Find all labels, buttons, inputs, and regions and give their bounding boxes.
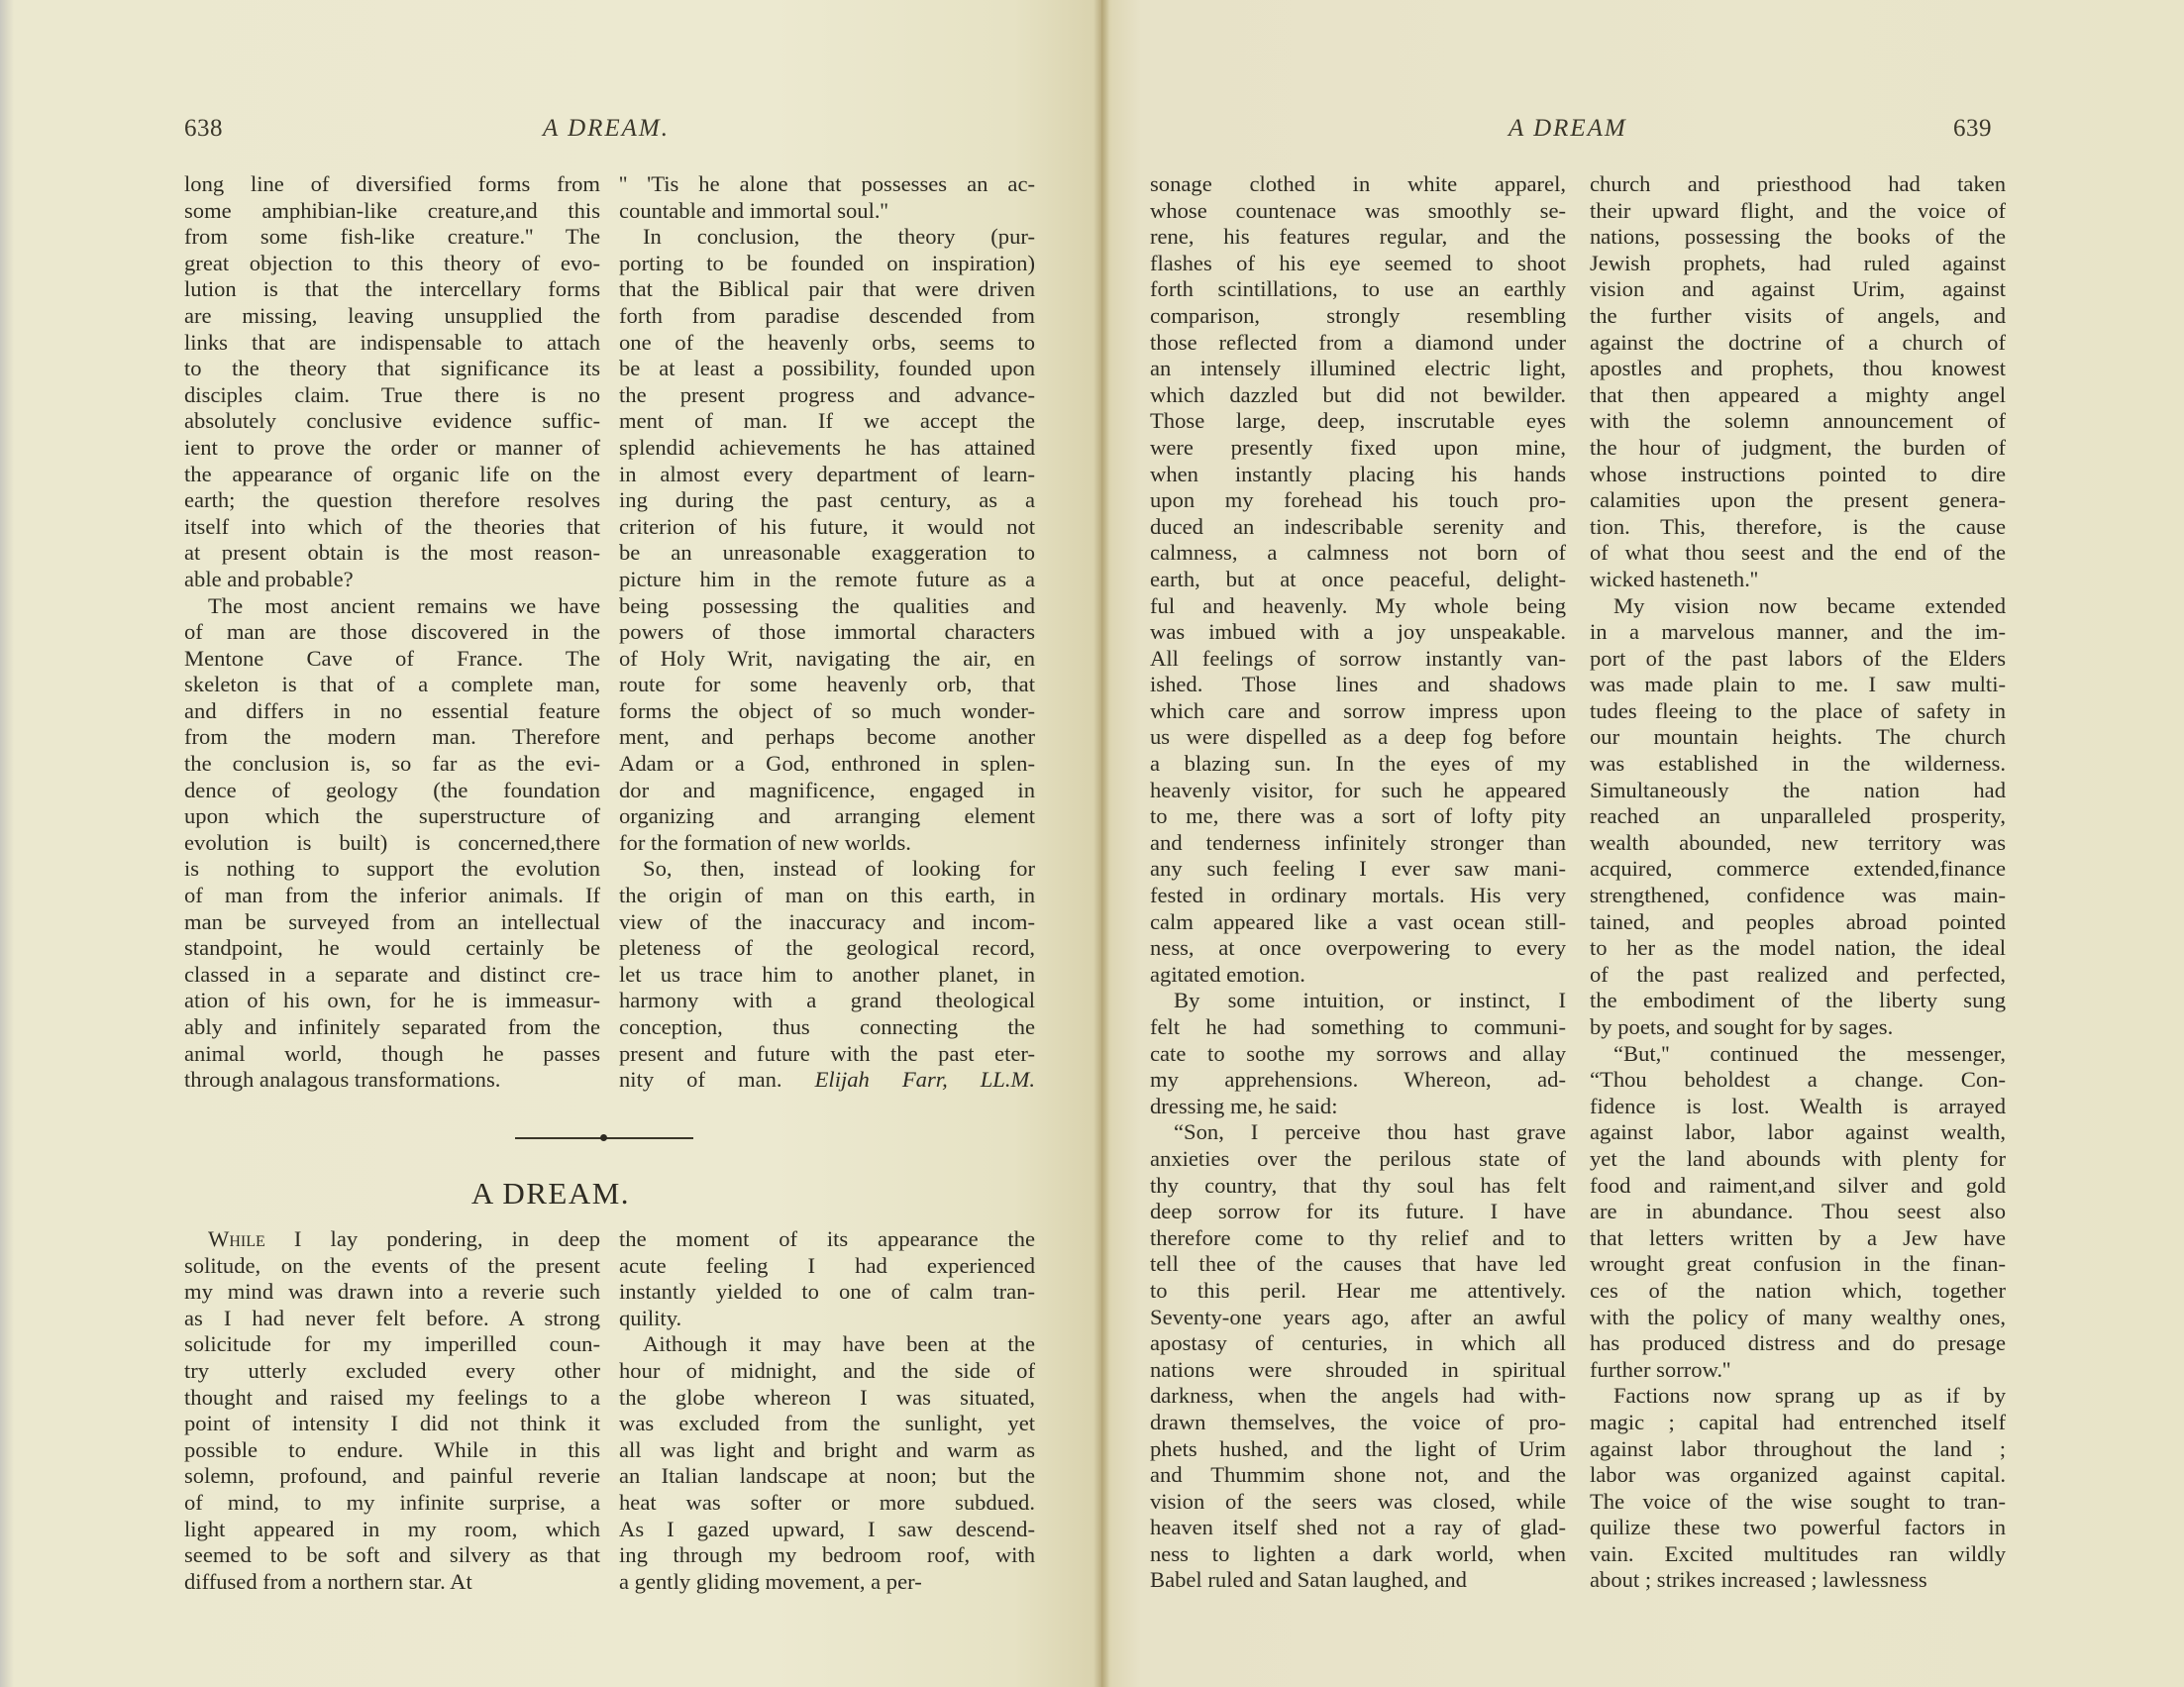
text-line: pleteness of the geological record, (619, 935, 1035, 962)
text-line: was established in the wilderness. (1590, 751, 2006, 778)
text-line: flashes of his eye seemed to shoot (1150, 251, 1566, 277)
text-line: to this peril. Hear me attentively. (1150, 1278, 1566, 1305)
text-line: are in abundance. Thou seest also (1590, 1199, 2006, 1225)
text-line: ably and infinitely separated from the (184, 1014, 600, 1041)
text-line: for the formation of new worlds. (619, 830, 1035, 857)
text-line: ces of the nation which, together (1590, 1278, 2006, 1305)
text-line: powers of those immortal characters (619, 619, 1035, 646)
text-line: calamities upon the present genera- (1590, 487, 2006, 514)
text-line: possible to endure. While in this (184, 1437, 600, 1464)
text-line: from the modern man. Therefore (184, 724, 600, 751)
text-line: those reflected from a diamond under (1150, 330, 1566, 357)
text-line: with the solemn announcement of (1590, 408, 2006, 435)
text-line: ness to lighten a dark world, when (1150, 1541, 1566, 1568)
text-line: one of the heavenly orbs, seems to (619, 330, 1035, 357)
text-line: to her as the model nation, the ideal (1590, 935, 2006, 962)
text-line: My vision now became extended (1590, 593, 2006, 620)
text-line: my mind was drawn into a reverie such (184, 1279, 600, 1306)
text-line: solitude, on the events of the present (184, 1253, 600, 1280)
text-line: solemn, profound, and painful reverie (184, 1463, 600, 1490)
text-line: some amphibian-like creature,and this (184, 198, 600, 225)
text-line: Seventy-one years ago, after an awful (1150, 1305, 1566, 1331)
text-line: that the Biblical pair that were driven (619, 276, 1035, 303)
text-line: thought and raised my feelings to a (184, 1385, 600, 1412)
text-line: ment, and perhaps become another (619, 724, 1035, 751)
text-line: itself into which of the theories that (184, 514, 600, 541)
book-gutter (1093, 0, 1109, 1687)
text-line: Jewish prophets, had ruled against (1590, 251, 2006, 277)
text-line: instantly yielded to one of calm tran- (619, 1279, 1035, 1306)
text-line: of man are those discovered in the (184, 619, 600, 646)
text-line: was made plain to me. I saw multi- (1590, 672, 2006, 698)
text-line: forms the object of so much wonder- (619, 698, 1035, 725)
text-line: evolution is built) is concerned,there (184, 830, 600, 857)
text-line: All feelings of sorrow instantly van- (1150, 646, 1566, 673)
text-line: against labor, labor against wealth, (1590, 1119, 2006, 1146)
text-line: splendid achievements he has attained (619, 435, 1035, 462)
text-line: solicitude for my imperilled coun- (184, 1331, 600, 1358)
text-line: heat was softer or more subdued. (619, 1490, 1035, 1517)
text-line: wrought great confusion in the finan- (1590, 1251, 2006, 1278)
running-head-left: A DREAM. (543, 115, 670, 143)
text-line: acute feeling I had experienced (619, 1253, 1035, 1280)
text-line: view of the inaccuracy and incom- (619, 909, 1035, 936)
text-line: fested in ordinary mortals. His very (1150, 883, 1566, 909)
text-line: the origin of man on this earth, in (619, 883, 1035, 909)
text-line: hour of midnight, and the side of (619, 1358, 1035, 1385)
text-line: As I gazed upward, I saw descend- (619, 1517, 1035, 1543)
text-line: ing through my bedroom roof, with (619, 1542, 1035, 1569)
text-line: harmony with a grand theological (619, 988, 1035, 1014)
text-line: '' 'Tis he alone that possesses an ac- (619, 171, 1035, 198)
right-col2-text: church and priesthood had takentheir upw… (1590, 171, 2006, 1594)
text-line: rene, his features regular, and the (1150, 224, 1566, 251)
text-line: of Holy Writ, navigating the air, en (619, 646, 1035, 673)
text-line: links that are indispensable to attach (184, 330, 600, 357)
text-line: yet the land abounds with plenty for (1590, 1146, 2006, 1173)
text-line: acquired, commerce extended,finance (1590, 856, 2006, 883)
text-line: church and priesthood had taken (1590, 171, 2006, 198)
text-line: “Son, I perceive thou hast grave (1150, 1119, 1566, 1146)
text-line: ation of his own, for he is immeasur- (184, 988, 600, 1014)
text-line: anxieties over the perilous state of (1150, 1146, 1566, 1173)
text-line: try utterly excluded every other (184, 1358, 600, 1385)
text-line: was imbued with a joy unspeakable. (1150, 619, 1566, 646)
text-line: ient to prove the order or manner of (184, 435, 600, 462)
text-line: comparison, strongly resembling (1150, 303, 1566, 330)
text-line: calm appeared like a vast ocean still- (1150, 909, 1566, 936)
right-page: A DREAM 639 sonage clothed in white appa… (1101, 0, 2184, 1687)
divider-ornament-dot (600, 1134, 607, 1141)
text-line: “But,'' continued the messenger, (1590, 1041, 2006, 1068)
text-line: tion. This, therefore, is the cause (1590, 514, 2006, 541)
text-line: classed in a separate and distinct cre- (184, 962, 600, 989)
text-line: ing during the past century, as a (619, 487, 1035, 514)
text-line: my apprehensions. Whereon, ad- (1150, 1067, 1566, 1094)
text-line: port of the past labors of the Elders (1590, 646, 2006, 673)
text-line: quilize these two powerful factors in (1590, 1515, 2006, 1541)
text-line: vain. Excited multitudes ran wildly (1590, 1541, 2006, 1568)
text-line: fidence is lost. Wealth is arrayed (1590, 1094, 2006, 1120)
text-line: and Thummim shone not, and the (1150, 1462, 1566, 1489)
text-line: in almost every department of learn- (619, 462, 1035, 488)
text-line: an intensely illumined electric light, (1150, 356, 1566, 382)
text-line: is nothing to support the evolution (184, 856, 600, 883)
text-line: great objection to this theory of evo- (184, 251, 600, 277)
text-line: disciples claim. True there is no (184, 382, 600, 409)
text-line: were presently fixed upon mine, (1150, 435, 1566, 462)
text-line: tained, and peoples abroad pointed (1590, 909, 2006, 936)
text-line: of man from the inferior animals. If (184, 883, 600, 909)
text-line: of mind, to my infinite surprise, a (184, 1490, 600, 1517)
text-line: In conclusion, the theory (pur- (619, 224, 1035, 251)
text-line: that letters written by a Jew have (1590, 1225, 2006, 1252)
text-line: point of intensity I did not think it (184, 1411, 600, 1437)
text-line: porting to be founded on inspiration) (619, 251, 1035, 277)
text-line: and tenderness infinitely stronger than (1150, 830, 1566, 857)
text-line: from some fish-like creature.'' The (184, 224, 600, 251)
text-line: Those large, deep, inscrutable eyes (1150, 408, 1566, 435)
text-line: Adam or a God, enthroned in splen- (619, 751, 1035, 778)
text-line: all was light and bright and warm as (619, 1437, 1035, 1464)
text-line: against labor throughout the land ; (1590, 1436, 2006, 1463)
text-line: cate to soothe my sorrows and allay (1150, 1041, 1566, 1068)
text-line: ness, at once overpowering to every (1150, 935, 1566, 962)
page-number-right: 639 (1953, 115, 1992, 143)
left-col2-text: '' 'Tis he alone that possesses an ac-co… (619, 171, 1035, 1094)
text-line: to me, there was a sort of lofty pity (1150, 803, 1566, 830)
text-line: route for some heavenly orb, that (619, 672, 1035, 698)
text-line: by poets, and sought for by sages. (1590, 1014, 2006, 1041)
right-col1-text: sonage clothed in white apparel,whose co… (1150, 171, 1566, 1594)
text-line: as I had never felt before. A strong (184, 1306, 600, 1332)
text-line: whose countenace was smoothly se- (1150, 198, 1566, 225)
text-line: heavenly visitor, for such he appeared (1150, 778, 1566, 804)
text-line: forth scintillations, to use an earthly (1150, 276, 1566, 303)
text-line: wealth abounded, new territory was (1590, 830, 2006, 857)
text-line: ful and heavenly. My whole being (1150, 593, 1566, 620)
text-line: when instantly placing his hands (1150, 462, 1566, 488)
text-line: deep sorrow for its future. I have (1150, 1199, 1566, 1225)
text-line: heaven itself shed not a ray of glad- (1150, 1515, 1566, 1541)
text-line: the conclusion is, so far as the evi- (184, 751, 600, 778)
text-line: magic ; capital had entrenched itself (1590, 1410, 2006, 1436)
text-line: conception, thus connecting the (619, 1014, 1035, 1041)
text-line: about ; strikes increased ; lawlessness (1590, 1567, 2006, 1594)
text-line: our mountain heights. The church (1590, 724, 2006, 751)
text-line: the embodiment of the liberty sung (1590, 988, 2006, 1014)
text-line: standpoint, he would certainly be (184, 935, 600, 962)
text-line: food and raiment,and silver and gold (1590, 1173, 2006, 1200)
text-line: picture him in the remote future as a (619, 567, 1035, 593)
text-line: criterion of his future, it would not (619, 514, 1035, 541)
text-line: dressing me, he said: (1150, 1094, 1566, 1120)
text-line: darkness, when the angels had with- (1150, 1383, 1566, 1410)
text-line: earth, but at once peaceful, delight- (1150, 567, 1566, 593)
text-line: apostles and prophets, thou knowest (1590, 356, 2006, 382)
text-line: Aithough it may have been at the (619, 1331, 1035, 1358)
text-line: calmness, a calmness not born of (1150, 540, 1566, 567)
left-page: 638 A DREAM. long line of diversified fo… (0, 0, 1101, 1687)
book-spread: 638 A DREAM. long line of diversified fo… (0, 0, 2184, 1687)
text-line: Factions now sprang up as if by (1590, 1383, 2006, 1410)
text-line: absolutely conclusive evidence suffic- (184, 408, 600, 435)
text-line: nity of man. Elijah Farr, LL.M. (619, 1067, 1035, 1094)
text-line: the hour of judgment, the burden of (1590, 435, 2006, 462)
dream-col1-text: While I lay pondering, in deepsolitude, … (184, 1226, 600, 1595)
text-line: has produced distress and do presage (1590, 1330, 2006, 1357)
text-line: an Italian landscape at noon; but the (619, 1463, 1035, 1490)
text-line: was excluded from the sunlight, yet (619, 1411, 1035, 1437)
text-line: be at least a possibility, founded upon (619, 356, 1035, 382)
text-line: earth; the question therefore resolves (184, 487, 600, 514)
text-line: through analagous transformations. (184, 1067, 600, 1094)
text-line: apostasy of centuries, in which all (1150, 1330, 1566, 1357)
text-line: further sorrow.'' (1590, 1357, 2006, 1384)
text-line: forth from paradise descended from (619, 303, 1035, 330)
text-line: thy country, that thy soul has felt (1150, 1173, 1566, 1200)
text-line: tudes fleeing to the place of safety in (1590, 698, 2006, 725)
text-line: the present progress and advance- (619, 382, 1035, 409)
text-line: the globe whereon I was situated, (619, 1385, 1035, 1412)
text-line: sonage clothed in white apparel, (1150, 171, 1566, 198)
text-line: seemed to be soft and silvery as that (184, 1542, 600, 1569)
text-line: strengthened, confidence was main- (1590, 883, 2006, 909)
text-line: upon which the superstructure of (184, 803, 600, 830)
running-head-right: A DREAM (1508, 115, 1627, 143)
left-col1-text: long line of diversified forms fromsome … (184, 171, 600, 1094)
text-line: which dazzled but did not bewilder. (1150, 382, 1566, 409)
text-line: of the past realized and perfected, (1590, 962, 2006, 989)
text-line: the moment of its appearance the (619, 1226, 1035, 1253)
text-line: quility. (619, 1306, 1035, 1332)
text-line: therefore come to thy relief and to (1150, 1225, 1566, 1252)
small-caps-opening-word: While (208, 1226, 265, 1251)
text-line: skeleton is that of a complete man, (184, 672, 600, 698)
text-line: nations were shrouded in spiritual (1150, 1357, 1566, 1384)
text-line: duced an indescribable serenity and (1150, 514, 1566, 541)
text-line: drawn themselves, the voice of pro- (1150, 1410, 1566, 1436)
text-line: and differs in no essential feature (184, 698, 600, 725)
text-line: against the doctrine of a church of (1590, 330, 2006, 357)
text-line: Simultaneously the nation had (1590, 778, 2006, 804)
text-line: a gently gliding movement, a per- (619, 1569, 1035, 1596)
text-line: diffused from a northern star. At (184, 1569, 600, 1596)
text-line: nations, possessing the books of the (1590, 224, 2006, 251)
text-line: whose instructions pointed to dire (1590, 462, 2006, 488)
text-line: man be surveyed from an intellectual (184, 909, 600, 936)
text-line: Babel ruled and Satan laughed, and (1150, 1567, 1566, 1594)
text-line: wicked hasteneth.'' (1590, 567, 2006, 593)
text-line: being possessing the qualities and (619, 593, 1035, 620)
text-line: organizing and arranging element (619, 803, 1035, 830)
text-line: phets hushed, and the light of Urim (1150, 1436, 1566, 1463)
text-line: able and probable? (184, 567, 600, 593)
text-line: Mentone Cave of France. The (184, 646, 600, 673)
text-line: felt he had something to communi- (1150, 1014, 1566, 1041)
text-line: that then appeared a mighty angel (1590, 382, 2006, 409)
text-line: present and future with the past eter- (619, 1041, 1035, 1068)
text-line: their upward flight, and the voice of (1590, 198, 2006, 225)
text-line: at present obtain is the most reason- (184, 540, 600, 567)
text-line: agitated emotion. (1150, 962, 1566, 989)
text-line: ished. Those lines and shadows (1150, 672, 1566, 698)
text-line: dor and magnificence, engaged in (619, 778, 1035, 804)
text-line: “Thou beholdest a change. Con- (1590, 1067, 2006, 1094)
text-line: to the theory that significance its (184, 356, 600, 382)
page-number-left: 638 (184, 115, 223, 143)
text-line: are missing, leaving unsupplied the (184, 303, 600, 330)
text-line: us were dispelled as a deep fog before (1150, 724, 1566, 751)
dream-col2-text: the moment of its appearance theacute fe… (619, 1226, 1035, 1595)
text-line: vision of the seers was closed, while (1150, 1489, 1566, 1516)
text-line: the appearance of organic life on the (184, 462, 600, 488)
text-line: The voice of the wise sought to tran- (1590, 1489, 2006, 1516)
text-line: countable and immortal soul.'' (619, 198, 1035, 225)
text-line: in a marvelous manner, and the im- (1590, 619, 2006, 646)
text-line: the further visits of angels, and (1590, 303, 2006, 330)
text-line: of what thou seest and the end of the (1590, 540, 2006, 567)
text-line: So, then, instead of looking for (619, 856, 1035, 883)
article-title: A DREAM. (0, 1176, 1101, 1212)
text-line: While I lay pondering, in deep (184, 1226, 600, 1253)
text-line: any such feeling I ever saw mani- (1150, 856, 1566, 883)
text-line: tell thee of the causes that have led (1150, 1251, 1566, 1278)
text-line: with the policy of many wealthy ones, (1590, 1305, 2006, 1331)
text-line: let us trace him to another planet, in (619, 962, 1035, 989)
text-line: animal world, though he passes (184, 1041, 600, 1068)
author-signature: Elijah Farr, LL.M. (782, 1067, 1035, 1092)
text-line: be an unreasonable exaggeration to (619, 540, 1035, 567)
text-line: a blazing sun. In the eyes of my (1150, 751, 1566, 778)
text-line: which care and sorrow impress upon (1150, 698, 1566, 725)
text-line: labor was organized against capital. (1590, 1462, 2006, 1489)
text-line: lution is that the intercellary forms (184, 276, 600, 303)
text-line: reached an unparalleled prosperity, (1590, 803, 2006, 830)
text-line: By some intuition, or instinct, I (1150, 988, 1566, 1014)
text-line: The most ancient remains we have (184, 593, 600, 620)
text-line: dence of geology (the foundation (184, 778, 600, 804)
text-line: ment of man. If we accept the (619, 408, 1035, 435)
text-line: light appeared in my room, which (184, 1517, 600, 1543)
text-line: long line of diversified forms from (184, 171, 600, 198)
text-line: upon my forehead his touch pro- (1150, 487, 1566, 514)
text-line: vision and against Urim, against (1590, 276, 2006, 303)
